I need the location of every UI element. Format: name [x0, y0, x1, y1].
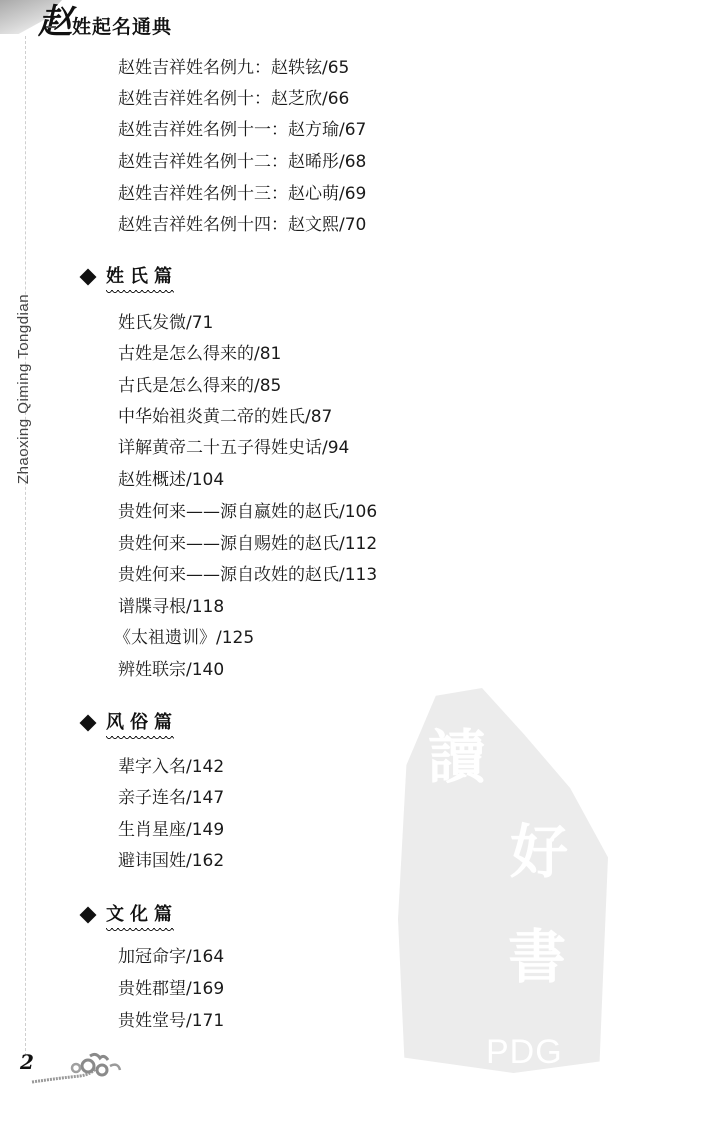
section-title: 姓氏篇	[106, 262, 178, 291]
cloud-scroll-ornament-icon	[30, 1052, 126, 1088]
seal-char: 讀	[428, 728, 486, 786]
toc-entry[interactable]: 赵姓概述/104	[118, 470, 224, 490]
section-heading-culture: 文化篇	[80, 900, 178, 929]
toc-entry[interactable]: 贵姓何来——源自改姓的赵氏/113	[118, 565, 377, 585]
toc-entry[interactable]: 赵姓吉祥姓名例九：赵轶铉/65	[118, 58, 349, 78]
section-heading-surname: 姓氏篇	[80, 262, 178, 291]
book-title-rest: 姓起名通典	[72, 12, 172, 39]
margin-pinyin-title: Zhaoxing Qiming Tongdian	[15, 289, 33, 489]
diamond-bullet-icon	[80, 906, 97, 923]
margin-rule	[25, 36, 26, 1056]
seal-char: 好	[510, 823, 568, 881]
toc-entry[interactable]: 贵姓何来——源自嬴姓的赵氏/106	[118, 502, 377, 522]
toc-entry[interactable]: 生肖星座/149	[118, 820, 224, 840]
toc-entry[interactable]: 辈字入名/142	[118, 757, 224, 777]
diamond-bullet-icon	[80, 268, 97, 285]
diamond-bullet-icon	[80, 714, 97, 731]
section-title: 风俗篇	[106, 708, 178, 737]
seal-char: 書	[508, 928, 566, 986]
book-title: 赵 姓起名通典	[38, 0, 172, 24]
toc-entry[interactable]: 贵姓何来——源自赐姓的赵氏/112	[118, 534, 377, 554]
toc-entry[interactable]: 贵姓堂号/171	[118, 1011, 224, 1031]
section-heading-customs: 风俗篇	[80, 708, 178, 737]
toc-entry[interactable]: 赵姓吉祥姓名例十四：赵文熙/70	[118, 215, 366, 235]
book-title-initial: 赵	[38, 0, 70, 43]
toc-entry[interactable]: 赵姓吉祥姓名例十二：赵晞彤/68	[118, 152, 366, 172]
pdg-watermark: 讀 好 書 PDG	[398, 688, 608, 1073]
toc-entry[interactable]: 贵姓郡望/169	[118, 979, 224, 999]
header-divider	[46, 26, 56, 28]
toc-entry[interactable]: 中华始祖炎黄二帝的姓氏/87	[118, 407, 332, 427]
toc-entry[interactable]: 详解黄帝二十五子得姓史话/94	[118, 438, 349, 458]
toc-entry[interactable]: 古氏是怎么得来的/85	[118, 376, 281, 396]
toc-entry[interactable]: 赵姓吉祥姓名例十一：赵方瑜/67	[118, 120, 366, 140]
toc-entry[interactable]: 赵姓吉祥姓名例十三：赵心萌/69	[118, 184, 366, 204]
toc-entry[interactable]: 避讳国姓/162	[118, 851, 224, 871]
toc-entry[interactable]: 古姓是怎么得来的/81	[118, 344, 281, 364]
toc-entry[interactable]: 亲子连名/147	[118, 788, 224, 808]
toc-entry[interactable]: 加冠命字/164	[118, 947, 224, 967]
toc-entry[interactable]: 赵姓吉祥姓名例十：赵芝欣/66	[118, 89, 349, 109]
toc-entry[interactable]: 辨姓联宗/140	[118, 660, 224, 680]
section-title: 文化篇	[106, 900, 178, 929]
toc-entry[interactable]: 姓氏发微/71	[118, 313, 213, 333]
watermark-label: PDG	[486, 1033, 563, 1072]
toc-entry[interactable]: 谱牒寻根/118	[118, 597, 224, 617]
toc-entry[interactable]: 《太祖遗训》/125	[114, 628, 254, 648]
